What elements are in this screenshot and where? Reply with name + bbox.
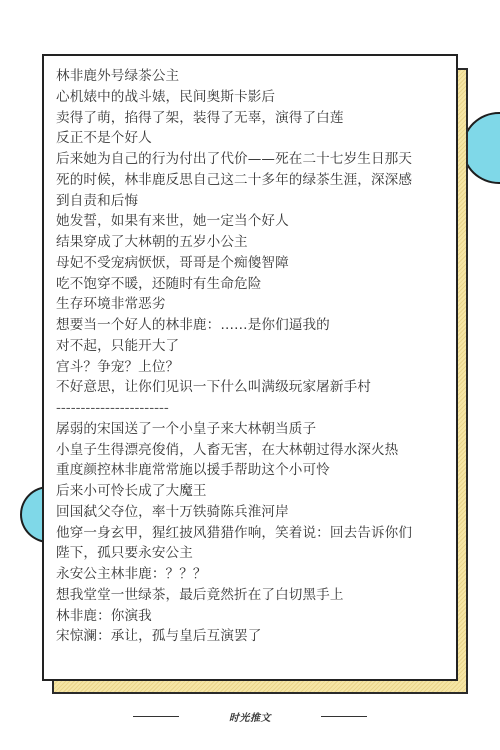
- text-line: 心机婊中的战斗婊，民间奥斯卡影后: [56, 87, 456, 108]
- text-line: 永安公主林非鹿：？？？: [56, 564, 456, 585]
- text-line: 反正不是个好人: [56, 128, 456, 149]
- text-line: 对不起，只能开大了: [56, 336, 456, 357]
- footer-divider-right: [321, 716, 367, 717]
- text-line: 后来她为自己的行为付出了代价——死在二十七岁生日那天: [56, 149, 456, 170]
- footer: 时光推文: [0, 706, 500, 726]
- text-line: 想要当一个好人的林非鹿：……是你们逼我的: [56, 315, 456, 336]
- text-line: 想我堂堂一世绿茶，最后竟然折在了白切黑手上: [56, 585, 456, 606]
- footer-divider-left: [133, 716, 179, 717]
- text-line: 小皇子生得漂亮俊俏，人畜无害，在大林朝过得水深火热: [56, 440, 456, 461]
- text-line: 林非鹿外号绿茶公主: [56, 66, 456, 87]
- text-line: 陛下，孤只要永安公主: [56, 543, 456, 564]
- text-line: 宫斗？争宠？上位？: [56, 357, 456, 378]
- text-line: 死的时候，林非鹿反思自己这二十多年的绿茶生涯，深深感: [56, 170, 456, 191]
- text-line: 母妃不受宠病恹恹，哥哥是个痴傻智障: [56, 253, 456, 274]
- article-card: 林非鹿外号绿茶公主 心机婊中的战斗婊，民间奥斯卡影后 卖得了萌，掐得了架，装得了…: [42, 54, 458, 681]
- text-line: 他穿一身玄甲，猩红披风猎猎作响，笑着说：回去告诉你们: [56, 523, 456, 544]
- text-line: 孱弱的宋国送了一个小皇子来大林朝当质子: [56, 419, 456, 440]
- text-line: 林非鹿：你演我: [56, 606, 456, 627]
- text-line: 重度颜控林非鹿常常施以援手帮助这个小可怜: [56, 460, 456, 481]
- text-line: 吃不饱穿不暖，还随时有生命危险: [56, 274, 456, 295]
- text-line: 不好意思，让你们见识一下什么叫满级玩家屠新手村: [56, 377, 456, 398]
- text-line: 回国弑父夺位，率十万铁骑陈兵淮河岸: [56, 502, 456, 523]
- section-separator: -----------------------: [56, 398, 456, 419]
- text-line: 后来小可怜长成了大魔王: [56, 481, 456, 502]
- text-line: 她发誓，如果有来世，她一定当个好人: [56, 211, 456, 232]
- text-line: 生存环境非常恶劣: [56, 294, 456, 315]
- text-line: 宋惊澜：承让，孤与皇后互演罢了: [56, 626, 456, 647]
- footer-brand: 时光推文: [229, 709, 271, 724]
- text-line: 卖得了萌，掐得了架，装得了无辜，演得了白莲: [56, 108, 456, 129]
- text-line: 结果穿成了大林朝的五岁小公主: [56, 232, 456, 253]
- text-line: 到自责和后悔: [56, 191, 456, 212]
